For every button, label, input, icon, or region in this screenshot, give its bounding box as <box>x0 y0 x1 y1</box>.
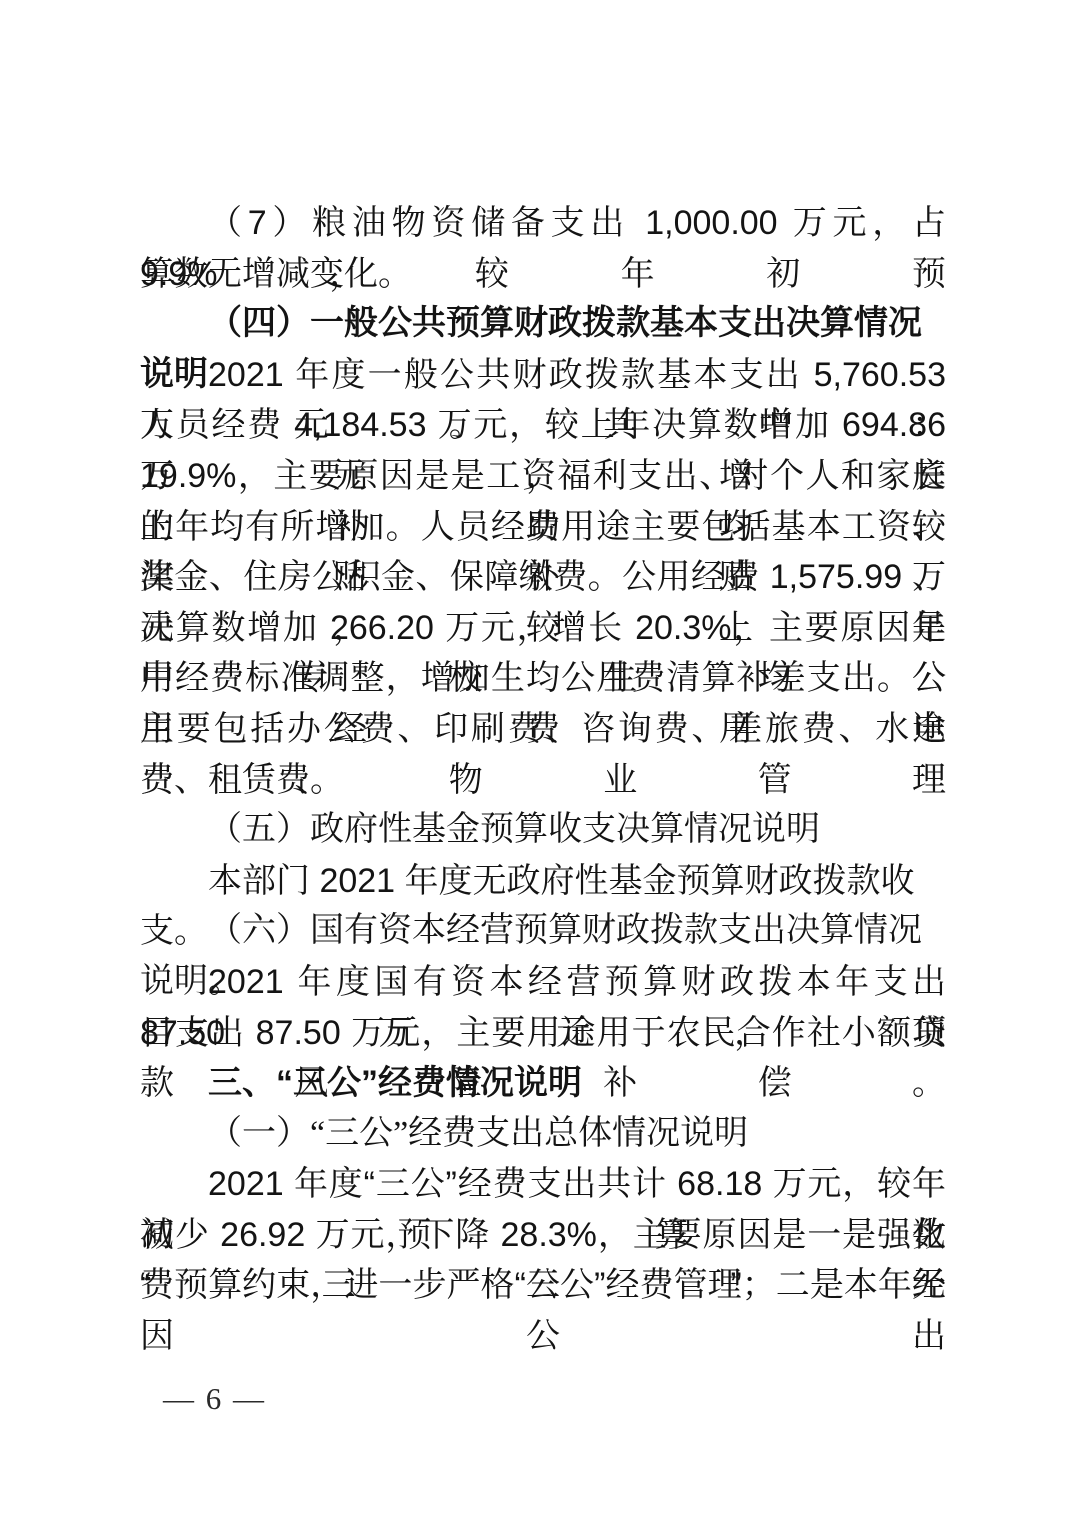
heading-line: （一）“三公”经费支出总体情况说明 <box>140 1109 946 1160</box>
text-line: 19.9%，主要原因是是工资福利支出、对个人和家庭的补助均较 <box>140 451 946 502</box>
text-line: 减少 26.92 万元，下降 28.3%，主要原因是一是强化“三公”经 <box>140 1210 946 1261</box>
text-line: 人员经费 4,184.53 万元，较上年决算数增加 694.86 万元，增长 <box>140 400 946 451</box>
text-line: 本部门 2021 年度无政府性基金预算财政拨款收支。 <box>140 856 946 907</box>
text-line: 决算数增加 266.20 万元，增长 20.3%，主要原因是中专校生均公 <box>140 603 946 654</box>
page-number: — 6 — <box>163 1381 266 1417</box>
heading-line: （五）政府性基金预算收支决算情况说明 <box>140 805 946 856</box>
document-page: （7）粮油物资储备支出 1,000.00 万元，占 9.9%，较年初预算数无增减… <box>0 0 1074 1520</box>
text-line: 主要包括办公费、印刷费、咨询费、差旅费、水电费、物业管理 <box>140 704 946 755</box>
text-line: （7）粮油物资储备支出 1,000.00 万元，占 9.9%，较年初预 <box>140 198 946 249</box>
text-line: 2021 年度“三公”经费支出共计 68.18 万元，较年初预算数 <box>140 1159 946 1210</box>
text-line: 目支出 87.50 万元，主要用途用于农民合作社小额贷款风险补偿。 <box>140 1008 946 1059</box>
text-line: 2021 年度一般公共财政拨款基本支出 5,760.53 万元。其中： <box>140 350 946 401</box>
text-line: 上年均有所增加。人员经费用途主要包括基本工资、津贴补贴、 <box>140 502 946 553</box>
heading-line: （四）一般公共预算财政拨款基本支出决算情况说明 <box>140 299 946 350</box>
document-body: （7）粮油物资储备支出 1,000.00 万元，占 9.9%，较年初预算数无增减… <box>140 198 946 1311</box>
text-line: 用经费标准调整，增加生均公用费清算补差支出。公用经费用途 <box>140 653 946 704</box>
text-line: 费预算约束，进一步严格“三公”经费管理；二是本年无因公出 <box>140 1260 946 1311</box>
text-line: 2021 年度国有资本经营预算财政拨本年支出 87.50 万元，项 <box>140 957 946 1008</box>
text-line: 奖金、住房公积金、保障缴费。公用经费 1,575.99 万元，较上年 <box>140 552 946 603</box>
heading-line: （六）国有资本经营预算财政拨款支出决算情况说明。 <box>140 906 946 957</box>
